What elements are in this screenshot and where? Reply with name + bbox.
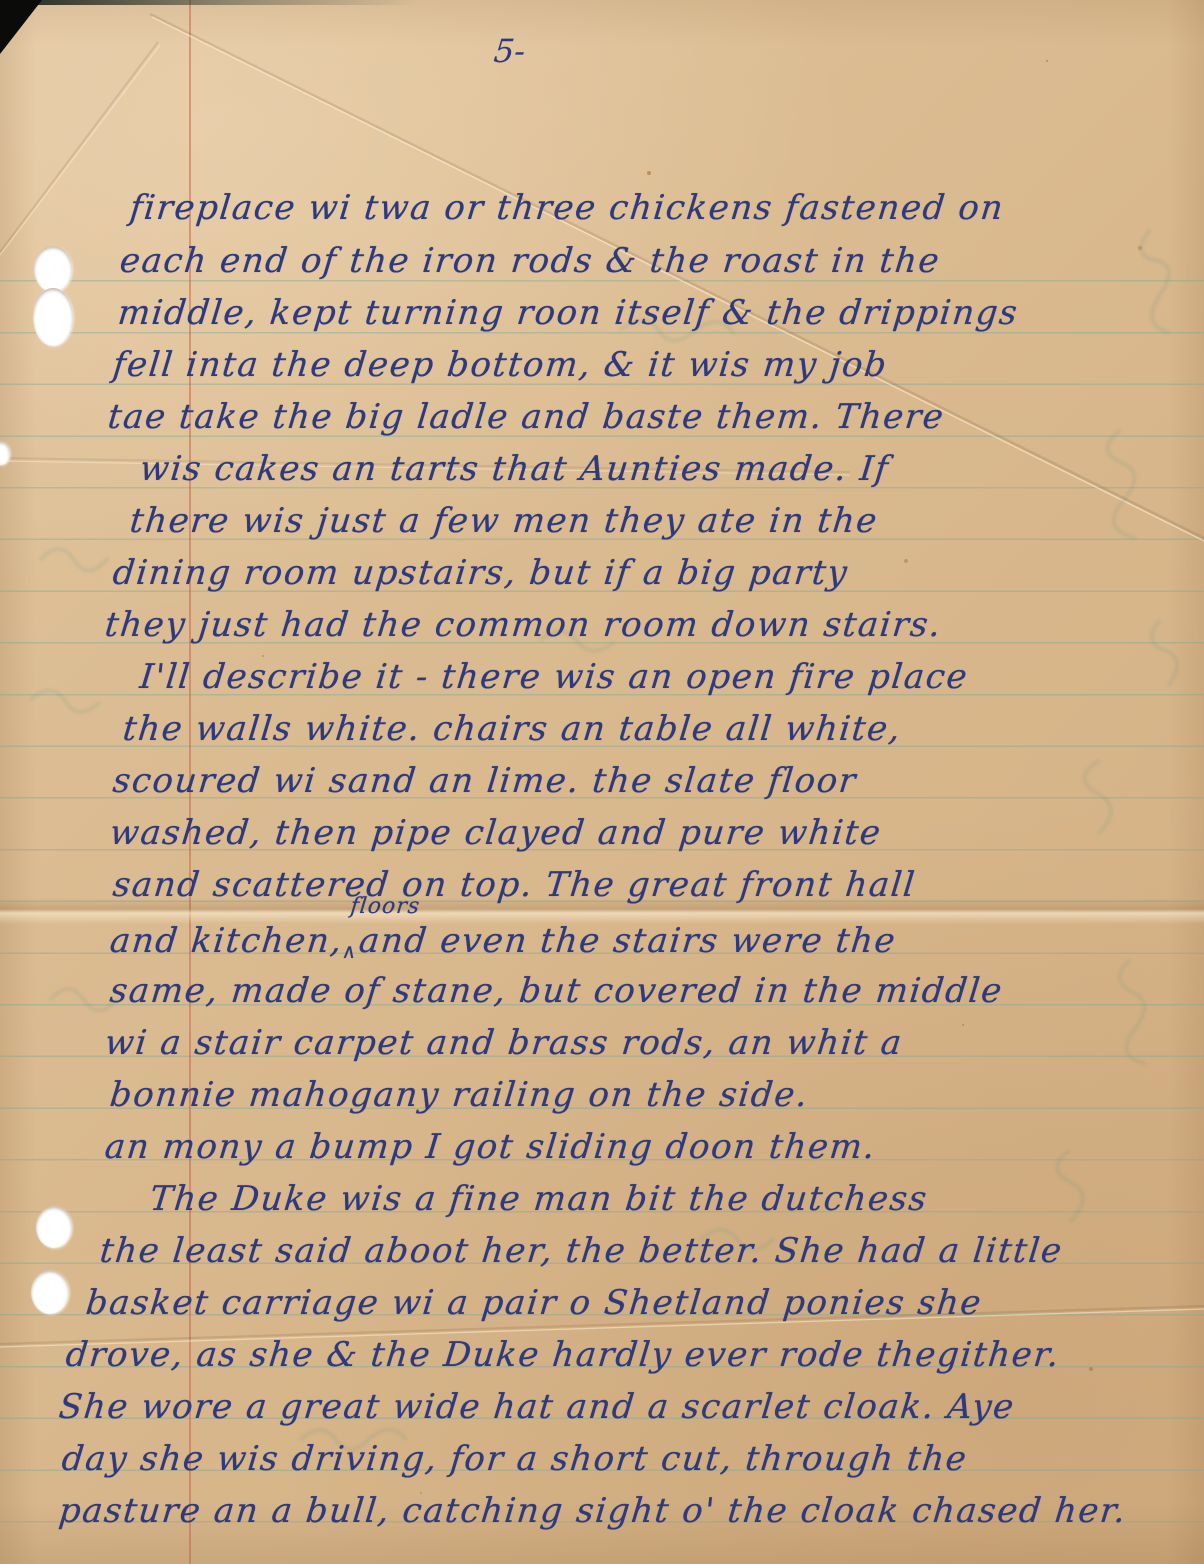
hole-punch <box>33 288 73 346</box>
line-text-before-insert: and kitchen, <box>108 921 345 961</box>
handwritten-line: each end of the iron rods & the roast in… <box>118 241 942 281</box>
handwritten-line: washed, then pipe clayed and pure white <box>108 813 884 853</box>
handwritten-line: I'll describe it - there wis an open fir… <box>138 657 970 697</box>
handwritten-line: they just had the common room down stair… <box>103 605 944 645</box>
line-text-after-insert: and even the stairs were the <box>357 921 898 961</box>
inserted-word: floors <box>349 894 421 919</box>
handwritten-line: fireplace wi twa or three chickens faste… <box>128 188 1006 228</box>
handwritten-line: an mony a bump I got sliding doon them. <box>103 1127 878 1167</box>
scan-corner-black <box>0 0 42 54</box>
handwritten-line: sand scattered on top. The great front h… <box>111 865 918 905</box>
handwritten-line: bonnie mahogany railing on the side. <box>108 1075 811 1115</box>
handwritten-line: drove, as she & the Duke hardly ever rod… <box>64 1335 1062 1375</box>
handwritten-line: there wis just a few men they ate in the <box>128 501 880 541</box>
handwritten-line: wis cakes an tarts that Aunties made. If <box>138 449 891 489</box>
handwritten-line: fell inta the deep bottom, & it wis my j… <box>111 345 890 385</box>
hole-punch <box>31 1270 69 1314</box>
handwritten-line: same, made of stane, but covered in the … <box>108 971 1005 1011</box>
handwritten-line: wi a stair carpet and brass rods, an whi… <box>103 1023 905 1063</box>
handwritten-line: and kitchen,∧floorsand even the stairs w… <box>108 921 899 963</box>
handwritten-line: middle, kept turning roon itself & the d… <box>116 293 1021 333</box>
handwritten-line: dining room upstairs, but if a big party <box>111 553 850 593</box>
page-number: 5- <box>492 32 527 70</box>
scanned-letter-page: 5- fireplace wi twa or three chickens fa… <box>0 0 1204 1564</box>
insertion-caret: ∧ <box>341 939 360 963</box>
handwritten-line: day she wis driving, for a short cut, th… <box>60 1439 970 1479</box>
handwritten-line: basket carriage wi a pair o Shetland pon… <box>84 1283 984 1323</box>
handwritten-line: the walls white. chairs an table all whi… <box>121 709 904 749</box>
scan-edge-shadow <box>0 0 420 5</box>
hole-punch <box>36 1206 72 1248</box>
handwritten-line: scoured wi sand an lime. the slate floor <box>111 761 859 801</box>
hole-punch <box>34 246 72 292</box>
handwritten-line: pasture an a bull, catching sight o' the… <box>57 1491 1129 1531</box>
handwritten-line: She wore a great wide hat and a scarlet … <box>57 1387 1017 1427</box>
handwritten-line: the least said aboot her, the better. Sh… <box>98 1231 1065 1271</box>
handwritten-line: tae take the big ladle and baste them. T… <box>106 397 947 437</box>
handwritten-line: The Duke wis a fine man bit the dutchess <box>148 1179 930 1219</box>
